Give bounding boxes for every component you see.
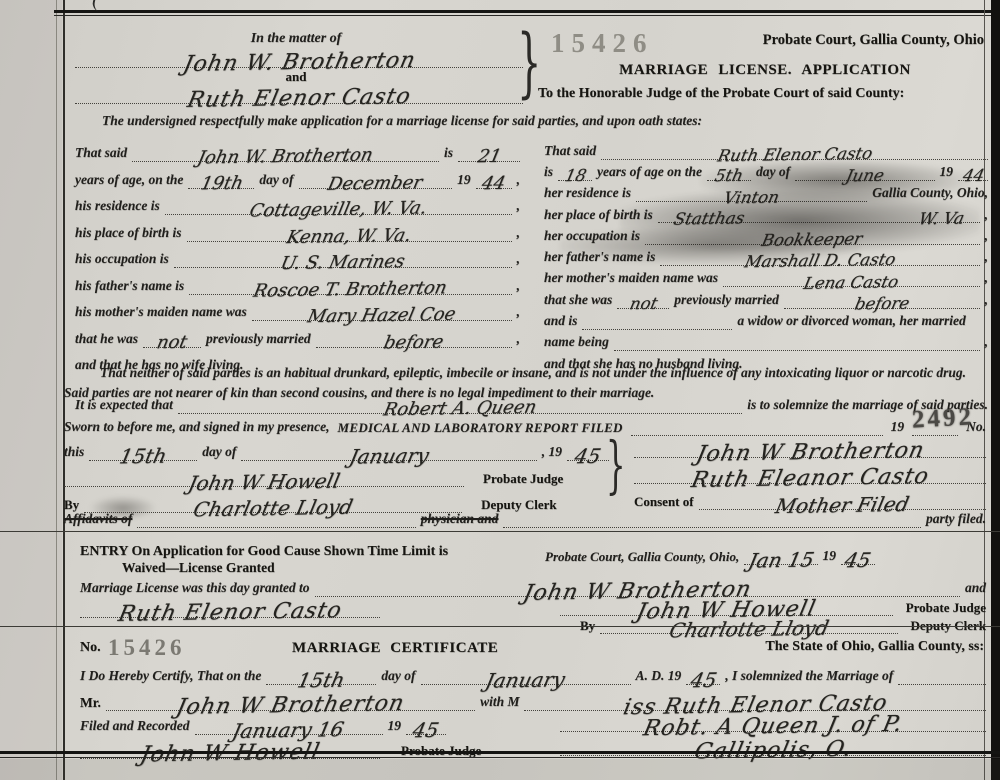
previously-married-label: previously married: [674, 292, 779, 309]
report-number-stamp: 2492: [911, 403, 974, 434]
groom-column: That said John W. Brotherton is 21 years…: [75, 141, 520, 380]
bride-age-handwriting: 18: [563, 168, 588, 185]
groom-mother-row: his mother's maiden name was Mary Hazel …: [75, 300, 520, 321]
her-mother-label: her mother's maiden name was: [544, 270, 718, 287]
certificate-no-label: No.: [80, 640, 101, 657]
comma-label: ,: [517, 198, 520, 215]
left-margin-line-outer: [56, 0, 57, 780]
sworn-day-handwriting: 15th: [118, 446, 169, 467]
entry-court-label: Probate Court, Gallia County, Ohio,: [545, 549, 739, 565]
sworn-before-me-label: Sworn to before me, and signed in my pre…: [64, 419, 330, 436]
consent-row: Consent of Mother Filed: [634, 488, 986, 510]
her-father-label: her father's name is: [544, 249, 655, 266]
medical-report-row: Sworn to before me, and signed in my pre…: [64, 416, 986, 436]
previously-married-label: previously married: [206, 331, 311, 348]
his-birthplace-label: his place of birth is: [75, 225, 182, 242]
court-name: Probate Court, Gallia County, Ohio: [763, 32, 984, 49]
entry-bride-handwriting: Ruth Elenor Casto: [116, 600, 344, 626]
day-of-label: day of: [381, 668, 415, 685]
year-19-label: , 19: [542, 444, 562, 461]
entry-year-19-label: 19: [823, 548, 837, 565]
entry-bride-row: Ruth Elenor Casto: [80, 594, 380, 618]
state-of-ohio-label: The State of Ohio, Gallia County, ss:: [765, 639, 984, 656]
bride-birthplace-handwriting: Statthas: [672, 210, 746, 228]
is-label: is: [544, 164, 553, 181]
left-margin-band: [0, 0, 62, 780]
year-19-label: 19: [940, 164, 954, 181]
filed-19-label: 19: [388, 718, 402, 735]
groom-age-handwriting: 21: [476, 148, 503, 166]
solemnized-marriage-label: , I solemnized the Marriage of: [725, 668, 893, 685]
certificate-title: MARRIAGE CERTIFICATE: [292, 639, 498, 657]
applicant-signatures-block: John W Brotherton Ruth Eleanor Casto Con…: [634, 434, 986, 510]
day-of-label: day of: [259, 172, 293, 189]
bottom-double-rule: [0, 751, 1000, 758]
comma-label: ,: [517, 251, 520, 268]
that-she-was-label: that she was: [544, 292, 612, 309]
top-double-rule: [54, 10, 994, 16]
comma-label: ,: [985, 270, 988, 287]
his-residence-label: his residence is: [75, 198, 160, 215]
his-mother-label: his mother's maiden name was: [75, 304, 247, 321]
comma-label: ,: [985, 292, 988, 309]
groom-not-handwriting: not: [155, 333, 189, 352]
section-divider-certificate: [0, 626, 1000, 627]
entry-title-line1: ENTRY On Application for Good Cause Show…: [80, 544, 448, 561]
year-19-label: 19: [457, 172, 471, 189]
physician-and-label: physician and: [421, 511, 499, 528]
affidavits-row: Affidavits of physician and party filed.: [64, 512, 986, 528]
groom-mother-handwriting: Mary Hazel Coe: [306, 306, 457, 327]
comma-label: ,: [985, 334, 988, 351]
section-divider-entry: [0, 531, 1000, 532]
years-of-age-label: years of age, on the: [75, 172, 183, 189]
groom-age-date-row: years of age, on the 19th day of Decembe…: [75, 168, 520, 189]
mr-label: Mr.: [80, 695, 101, 711]
comma-label: ,: [985, 249, 988, 266]
comma-label: ,: [517, 331, 520, 348]
right-edge-black-strip: [991, 0, 1000, 780]
affidavits-of-label: Affidavits of: [64, 511, 132, 528]
groom-birthday-month-handwriting: December: [326, 174, 424, 194]
bride-not-handwriting: not: [628, 296, 659, 313]
bride-married-name-row: name being ,: [544, 333, 988, 352]
bride-signature-handwriting: Ruth Eleanor Casto: [689, 466, 931, 492]
application-columns: That said John W. Brotherton is 21 years…: [75, 141, 988, 380]
bride-father-handwriting: Marshall D. Casto: [743, 252, 897, 271]
sworn-year-handwriting: 45: [573, 446, 603, 466]
her-birthplace-label: her place of birth is: [544, 207, 653, 224]
groom-before-handwriting: before: [382, 333, 445, 352]
bride-name-handwriting: Ruth Elenor Casto: [716, 146, 874, 165]
medical-report-label: MEDICAL AND LABORATORY REPORT FILED: [338, 420, 623, 436]
groom-occupation-row: his occupation is U. S. Marines ,: [75, 247, 520, 268]
party2-handwriting: Ruth Elenor Casto: [185, 86, 413, 112]
addressee-line: To the Honorable Judge of the Probate Co…: [538, 86, 904, 103]
solemnize-row: It is expected that Robert A. Queen is t…: [75, 392, 988, 414]
comma-label: ,: [985, 207, 988, 224]
it-is-expected-label: It is expected that: [75, 397, 173, 414]
name-being-label: name being: [544, 334, 609, 351]
deputy-clerk-signature-row: By Charlotte Lloyd Deputy Clerk: [64, 490, 609, 513]
groom-name-row: That said John W. Brotherton is 21: [75, 141, 520, 162]
groom-previous-marriage-row: that he was not previously married befor…: [75, 327, 520, 348]
gallia-county-label: Gallia County, Ohio,: [872, 185, 988, 202]
case-number-stamp: 15426: [551, 28, 654, 59]
bride-previous-marriage-row: that she was not previously married befo…: [544, 290, 988, 309]
consent-of-label: Consent of: [634, 494, 694, 510]
sworn-date-row: this 15th day of January , 19 45: [64, 438, 609, 461]
groom-birthday-day-handwriting: 19th: [198, 174, 244, 193]
bride-age-date-row: is 18 years of age on the 5th day of Jun…: [544, 162, 988, 181]
comma-label: ,: [517, 225, 520, 242]
groom-signature-handwriting: John W Brotherton: [694, 440, 926, 466]
groom-father-row: his father's name is Roscoe T. Brotherto…: [75, 274, 520, 295]
bride-father-row: her father's name is Marshall D. Casto ,: [544, 247, 988, 266]
years-of-age-label: years of age on the: [597, 164, 702, 181]
widow-divorced-label: a widow or divorced woman, her married: [737, 313, 965, 330]
ad-19-label: A. D. 19: [636, 668, 682, 685]
and-is-label: and is: [544, 313, 577, 330]
bride-birthplace-state-handwriting: W. Va: [917, 211, 966, 228]
entry-court-date-row: Probate Court, Gallia County, Ohio, Jan …: [545, 543, 875, 565]
entry-year-handwriting: 45: [843, 550, 873, 570]
comma-label: ,: [517, 278, 520, 295]
day-of-label: day of: [756, 164, 790, 181]
this-label: this: [64, 444, 84, 461]
party2-line: Ruth Elenor Casto: [75, 80, 523, 104]
party-filed-label: party filed.: [926, 511, 986, 528]
her-occupation-label: her occupation is: [544, 228, 640, 245]
probate-judge-label: Probate Judge: [469, 471, 563, 487]
groom-birthday-year-handwriting: 44: [480, 174, 507, 192]
party1-line: John W. Brotherton: [75, 42, 523, 68]
entry-clerk-handwriting: Charlotte Lloyd: [667, 618, 830, 641]
signatures-brace: }: [606, 430, 626, 500]
her-residence-label: her residence is: [544, 185, 631, 202]
entry-date-handwriting: Jan 15: [746, 549, 815, 570]
his-occupation-label: his occupation is: [75, 251, 169, 268]
bride-occupation-row: her occupation is Bookkeeper ,: [544, 226, 988, 245]
bride-widow-row: and is a widow or divorced woman, her ma…: [544, 311, 988, 330]
certificate-number-stamp: 15426: [108, 635, 186, 661]
comma-label: ,: [517, 172, 520, 189]
groom-occupation-handwriting: U. S. Marines: [279, 253, 406, 273]
application-opening: The undersigned respectfully make applic…: [64, 113, 988, 130]
entry-clerk-row: By Charlotte Lloyd Deputy Clerk: [580, 612, 986, 634]
groom-birthplace-handwriting: Kenna, W. Va.: [285, 226, 413, 246]
bride-birthplace-row: her place of birth is Statthas W. Va ,: [544, 205, 988, 224]
comma-label: ,: [517, 304, 520, 321]
filed-and-recorded-label: Filed and Recorded: [80, 718, 190, 735]
groom-residence-handwriting: Cottageville, W. Va.: [248, 199, 429, 220]
that-said-label: That said: [75, 145, 127, 162]
groom-father-handwriting: Roscoe T. Brotherton: [252, 279, 449, 300]
bride-residence-handwriting: Vinton: [722, 189, 780, 206]
sworn-left-block: this 15th day of January , 19 45 John W …: [64, 438, 609, 513]
bride-birthday-day-handwriting: 5th: [713, 168, 744, 185]
bride-mother-row: her mother's maiden name was Lena Casto …: [544, 269, 988, 288]
bride-column: That said Ruth Elenor Casto is 18 years …: [544, 141, 988, 380]
groom-signature-row: John W Brotherton: [634, 434, 986, 458]
judge-signature-handwriting: John W Howell: [186, 471, 341, 494]
document-title: MARRIAGE LICENSE. APPLICATION: [550, 61, 980, 79]
sworn-month-handwriting: January: [348, 445, 431, 466]
groom-birthplace-row: his place of birth is Kenna, W. Va. ,: [75, 221, 520, 242]
groom-name-handwriting: John W. Brotherton: [196, 146, 375, 167]
cert-filed-row: Filed and Recorded January 16 19 45: [80, 711, 550, 735]
is-label: is: [444, 145, 453, 162]
marriage-license-document-scan: In the matter of John W. Brotherton and …: [0, 0, 1000, 780]
groom-residence-row: his residence is Cottageville, W. Va. ,: [75, 194, 520, 215]
with-miss-label: with M: [480, 694, 519, 711]
certify-row: I Do Hereby Certify, That on the 15th da…: [80, 660, 986, 685]
that-said-label: That said: [544, 143, 596, 160]
cert-officiant-row: Robt. A Queen J. of P.: [560, 708, 986, 732]
bride-name-row: That said Ruth Elenor Casto: [544, 141, 988, 160]
bride-birthday-year-handwriting: 44: [961, 168, 986, 185]
that-he-was-label: that he was: [75, 331, 138, 348]
comma-label: ,: [985, 228, 988, 245]
bride-birthday-month-handwriting: June: [844, 168, 885, 185]
his-father-label: his father's name is: [75, 278, 184, 295]
day-of-label: day of: [202, 444, 236, 461]
bride-residence-row: her residence is Vinton Gallia County, O…: [544, 184, 988, 203]
bottom-margin-band: [0, 759, 1000, 780]
i-do-hereby-certify-label: I Do Hereby Certify, That on the: [80, 668, 261, 685]
bride-before-handwriting: before: [853, 296, 911, 313]
bride-occupation-handwriting: Bookkeeper: [760, 231, 864, 249]
bride-mother-handwriting: Lena Casto: [802, 274, 900, 292]
